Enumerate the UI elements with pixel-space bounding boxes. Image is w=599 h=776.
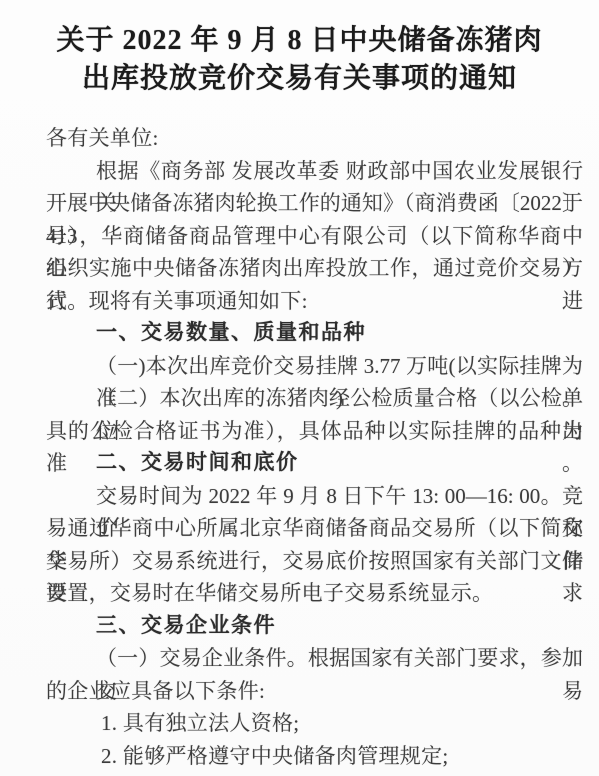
notice-document-page: 关于 2022 年 9 月 8 日中央储备冻猪肉 出库投放竞价交易有关事项的通知… [0,0,599,776]
doc-body: 各有关单位: 根据《商务部 发展改革委 财政部中国农业发展银行关于 开展中央储备… [0,122,599,772]
doc-line: 交易所）交易系统进行，交易底价按照国家有关部门文件要求 [46,545,583,578]
doc-title-line-1: 关于 2022 年 9 月 8 日中央储备冻猪肉 [0,22,599,60]
doc-line: 易通过华商中心所属北京华商储备商品交易所（以下简称华储 [46,512,583,545]
doc-line: 开展中央储备冻猪肉轮换工作的通知》（商消费函〔2022〕413 [46,187,583,220]
doc-section-heading-1: 一、交易数量、质量和品种 [46,317,583,350]
doc-line: 根据《商务部 发展改革委 财政部中国农业发展银行关于 [46,155,583,188]
doc-line: （一）交易企业条件。根据国家有关部门要求，参加交易 [46,642,583,675]
doc-line: 号），华商储备商品管理中心有限公司（以下简称华商中心） [46,220,583,253]
doc-title-line-2: 出库投放竞价交易有关事项的通知 [0,60,599,98]
doc-line: 组织实施中央储备冻猪肉出库投放工作，通过竞价交易方式进 [46,252,583,285]
doc-section-heading-3: 三、交易企业条件 [46,610,583,643]
doc-list-item-2: 2. 能够严格遵守中央储备肉管理规定; [46,740,583,773]
doc-line: 具的公检合格证书为准），具体品种以实际挂牌的品种为准。 [46,415,583,448]
doc-line: （一)本次出库竞价交易挂牌 3.77 万吨(以实际挂牌为准)。 [46,350,583,383]
doc-line: （二）本次出库的冻猪肉经公检质量合格（以公检单位出 [46,382,583,415]
doc-line: 交易时间为 2022 年 9 月 8 日下午 13: 00—16: 00。竞价交 [46,480,583,513]
doc-title: 关于 2022 年 9 月 8 日中央储备冻猪肉 出库投放竞价交易有关事项的通知 [0,0,599,98]
doc-line-salutation: 各有关单位: [46,122,583,155]
doc-list-item-1: 1. 具有独立法人资格; [46,707,583,740]
